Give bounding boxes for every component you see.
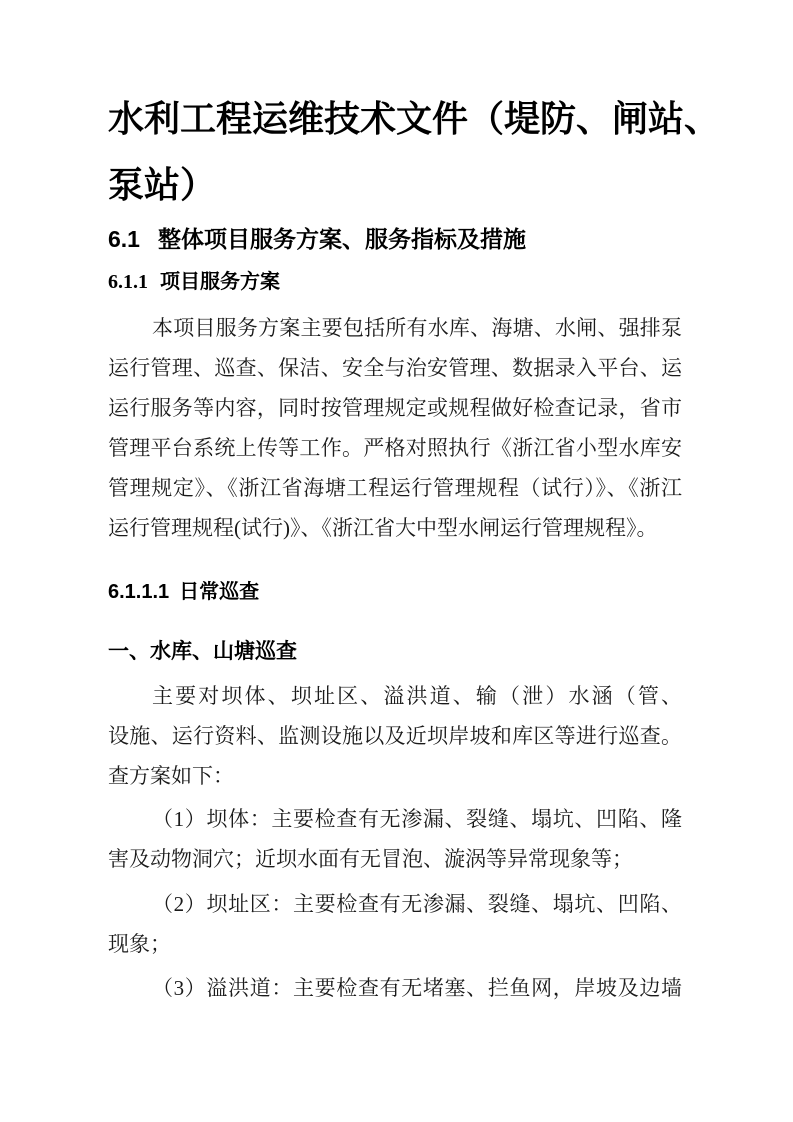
paragraph-line: 主要对坝体、坝址区、溢洪道、输（泄）水涵（管、洞）、管理 bbox=[108, 676, 682, 716]
paragraph-patrol-scope: 主要对坝体、坝址区、溢洪道、输（泄）水涵（管、洞）、管理 设施、运行资料、监测设… bbox=[108, 676, 682, 796]
heading-6-1: 6.1整体项目服务方案、服务指标及措施 bbox=[108, 219, 688, 259]
heading-6-1-number: 6.1 bbox=[108, 226, 140, 252]
paragraph-line: 运行管理规程(试行)》、《浙江省大中型水闸运行管理规程》。 bbox=[108, 508, 682, 548]
paragraph-line: 管理平台系统上传等工作。严格对照执行《浙江省小型水库安全运行 bbox=[108, 428, 682, 468]
paragraph-line: 管理规定》、《浙江省海塘工程运行管理规程（试行）》、《浙江省泵站 bbox=[108, 468, 682, 508]
paragraph-line: （1）坝体：主要检查有无渗漏、裂缝、塌坑、凹陷、隆起、蚁 bbox=[108, 799, 682, 839]
paragraph-line: 查方案如下： bbox=[108, 756, 682, 796]
paragraph-line: （3）溢洪道：主要检查有无堵塞、拦鱼网，岸坡及边墙是否稳 bbox=[108, 968, 682, 1008]
document-page: 水利工程运维技术文件（堤防、闸站、 泵站） 6.1整体项目服务方案、服务指标及措… bbox=[0, 0, 793, 1122]
heading-6-1-1-text: 项目服务方案 bbox=[160, 271, 280, 293]
heading-reservoir-patrol: 一、水库、山塘巡查 bbox=[108, 632, 688, 672]
paragraph-service-plan: 本项目服务方案主要包括所有水库、海塘、水闸、强排泵站日常 运行管理、巡查、保洁、… bbox=[108, 308, 682, 548]
document-title-line-1: 水利工程运维技术文件（堤防、闸站、 bbox=[108, 86, 708, 152]
paragraph-line: 运行服务等内容，同时按管理规定或规程做好检查记录，省市县区各 bbox=[108, 388, 682, 428]
list-item-dam-body: （1）坝体：主要检查有无渗漏、裂缝、塌坑、凹陷、隆起、蚁 害及动物洞穴；近坝水面… bbox=[108, 799, 682, 879]
paragraph-line: 害及动物洞穴；近坝水面有无冒泡、漩涡等异常现象等； bbox=[108, 839, 682, 879]
paragraph-line: （2）坝址区：主要检查有无渗漏、裂缝、塌坑、凹陷、隆起等 bbox=[108, 884, 682, 924]
list-item-spillway: （3）溢洪道：主要检查有无堵塞、拦鱼网，岸坡及边墙是否稳 bbox=[108, 968, 682, 1008]
paragraph-line: 现象； bbox=[108, 924, 682, 964]
heading-6-1-1-1-number: 6.1.1.1 bbox=[108, 581, 169, 603]
paragraph-line: 运行管理、巡查、保洁、安全与治安管理、数据录入平台、运管平台 bbox=[108, 348, 682, 388]
heading-6-1-1-1: 6.1.1.1日常巡查 bbox=[108, 572, 688, 612]
heading-6-1-1-number: 6.1.1 bbox=[108, 271, 148, 293]
paragraph-line: 设施、运行资料、监测设施以及近坝岸坡和库区等进行巡查。具体巡 bbox=[108, 716, 682, 756]
document-title-line-2: 泵站） bbox=[108, 152, 708, 218]
heading-6-1-1-1-text: 日常巡查 bbox=[179, 581, 259, 603]
heading-6-1-text: 整体项目服务方案、服务指标及措施 bbox=[158, 226, 526, 252]
heading-6-1-1: 6.1.1项目服务方案 bbox=[108, 262, 688, 302]
paragraph-line: 本项目服务方案主要包括所有水库、海塘、水闸、强排泵站日常 bbox=[108, 308, 682, 348]
document-title: 水利工程运维技术文件（堤防、闸站、 泵站） bbox=[108, 86, 708, 218]
list-item-dam-site: （2）坝址区：主要检查有无渗漏、裂缝、塌坑、凹陷、隆起等 现象； bbox=[108, 884, 682, 964]
